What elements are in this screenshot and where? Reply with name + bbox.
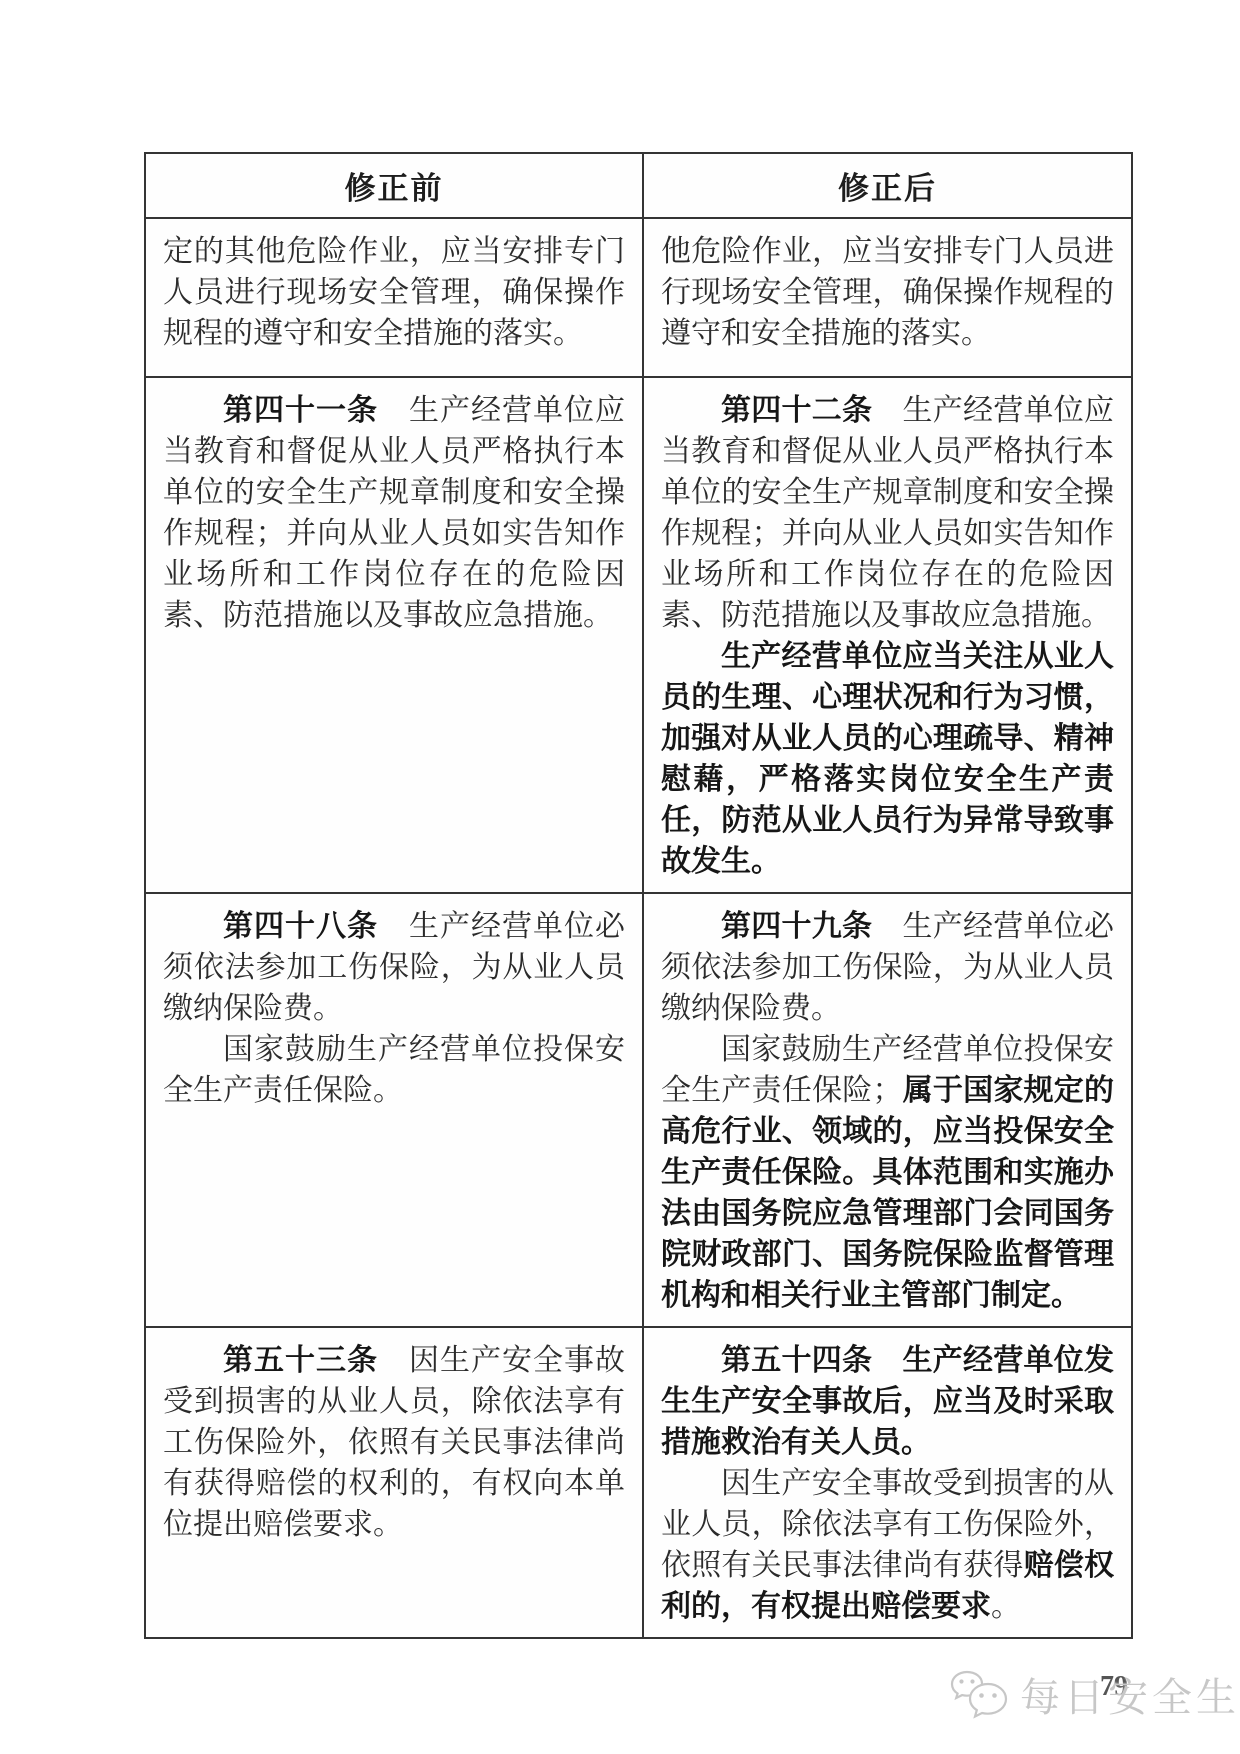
table-row: 第四十八条 生产经营单位必须依法参加工伤保险，为从业人员缴纳保险费。国家鼓励生产…	[146, 894, 1131, 1328]
text-segment-bold: 第四十一条	[223, 394, 378, 427]
table-body: 定的其他危险作业，应当安排专门人员进行现场安全管理，确保操作规程的遵守和安全措施…	[146, 219, 1131, 1637]
cell-before: 定的其他危险作业，应当安排专门人员进行现场安全管理，确保操作规程的遵守和安全措施…	[146, 219, 644, 376]
text-segment-bold: 属于国家规定的高危行业、领域的，应当投保安全生产责任保险。具体范围和实施办法由国…	[661, 1074, 1114, 1312]
table-header-row: 修正前 修正后	[146, 154, 1131, 219]
text-segment: 。	[991, 1590, 1021, 1623]
column-header-before: 修正前	[146, 154, 644, 217]
paragraph: 国家鼓励生产经营单位投保安全生产责任保险；属于国家规定的高危行业、领域的，应当投…	[661, 1029, 1114, 1316]
cell-after: 第四十二条 生产经营单位应当教育和督促从业人员严格执行本单位的安全生产规章制度和…	[644, 378, 1131, 892]
wechat-icon	[948, 1669, 1010, 1721]
text-segment: 国家鼓励生产经营单位投保安全生产责任保险。	[163, 1033, 625, 1107]
cell-after: 第五十四条 生产经营单位发生生产安全事故后，应当及时采取措施救治有关人员。因生产…	[644, 1328, 1131, 1637]
table-row: 定的其他危险作业，应当安排专门人员进行现场安全管理，确保操作规程的遵守和安全措施…	[146, 219, 1131, 378]
paragraph: 国家鼓励生产经营单位投保安全生产责任保险。	[163, 1029, 625, 1111]
text-segment: 他危险作业，应当安排专门人员进行现场安全管理，确保操作规程的遵守和安全措施的落实…	[661, 235, 1114, 350]
cell-before: 第四十八条 生产经营单位必须依法参加工伤保险，为从业人员缴纳保险费。国家鼓励生产…	[146, 894, 644, 1326]
cell-after: 第四十九条 生产经营单位必须依法参加工伤保险，为从业人员缴纳保险费。国家鼓励生产…	[644, 894, 1131, 1326]
column-header-after: 修正后	[644, 154, 1131, 217]
text-segment-bold: 第四十八条	[223, 910, 378, 943]
paragraph: 第四十八条 生产经营单位必须依法参加工伤保险，为从业人员缴纳保险费。	[163, 906, 625, 1029]
text-segment: 生产经营单位应当教育和督促从业人员严格执行本单位的安全生产规章制度和安全操作规程…	[661, 394, 1114, 632]
cell-before: 第四十一条 生产经营单位应当教育和督促从业人员严格执行本单位的安全生产规章制度和…	[146, 378, 644, 892]
paragraph: 定的其他危险作业，应当安排专门人员进行现场安全管理，确保操作规程的遵守和安全措施…	[163, 231, 625, 354]
paragraph: 第五十四条 生产经营单位发生生产安全事故后，应当及时采取措施救治有关人员。	[661, 1340, 1114, 1463]
text-segment-bold: 第四十二条	[721, 394, 872, 427]
cell-before: 第五十三条 因生产安全事故受到损害的从业人员，除依法享有工伤保险外，依照有关民事…	[146, 1328, 644, 1637]
paragraph: 第五十三条 因生产安全事故受到损害的从业人员，除依法享有工伤保险外，依照有关民事…	[163, 1340, 625, 1545]
text-segment-bold: 第五十四条 生产经营单位发生生产安全事故后，应当及时采取措施救治有关人员。	[661, 1344, 1114, 1459]
paragraph: 第四十九条 生产经营单位必须依法参加工伤保险，为从业人员缴纳保险费。	[661, 906, 1114, 1029]
text-segment-bold: 第四十九条	[721, 910, 872, 943]
table-row: 第四十一条 生产经营单位应当教育和督促从业人员严格执行本单位的安全生产规章制度和…	[146, 378, 1131, 894]
table-row: 第五十三条 因生产安全事故受到损害的从业人员，除依法享有工伤保险外，依照有关民事…	[146, 1328, 1131, 1637]
paragraph: 第四十一条 生产经营单位应当教育和督促从业人员严格执行本单位的安全生产规章制度和…	[163, 390, 625, 636]
cell-after: 他危险作业，应当安排专门人员进行现场安全管理，确保操作规程的遵守和安全措施的落实…	[644, 219, 1131, 376]
watermark: 每日安全生产	[948, 1666, 1240, 1723]
amendment-comparison-table: 修正前 修正后 定的其他危险作业，应当安排专门人员进行现场安全管理，确保操作规程…	[144, 152, 1133, 1639]
text-segment: 定的其他危险作业，应当安排专门人员进行现场安全管理，确保操作规程的遵守和安全措施…	[163, 235, 625, 350]
paragraph: 生产经营单位应当关注从业人员的生理、心理状况和行为习惯，加强对从业人员的心理疏导…	[661, 636, 1114, 882]
text-segment: 生产经营单位应当教育和督促从业人员严格执行本单位的安全生产规章制度和安全操作规程…	[163, 394, 625, 632]
watermark-label: 每日安全生产	[1020, 1666, 1240, 1723]
text-segment-bold: 第五十三条	[223, 1344, 378, 1377]
paragraph: 第四十二条 生产经营单位应当教育和督促从业人员严格执行本单位的安全生产规章制度和…	[661, 390, 1114, 636]
text-segment-bold: 生产经营单位应当关注从业人员的生理、心理状况和行为习惯，加强对从业人员的心理疏导…	[661, 640, 1114, 878]
document-page: 修正前 修正后 定的其他危险作业，应当安排专门人员进行现场安全管理，确保操作规程…	[0, 0, 1240, 1754]
paragraph: 他危险作业，应当安排专门人员进行现场安全管理，确保操作规程的遵守和安全措施的落实…	[661, 231, 1114, 354]
paragraph: 因生产安全事故受到损害的从业人员，除依法享有工伤保险外，依照有关民事法律尚有获得…	[661, 1463, 1114, 1627]
